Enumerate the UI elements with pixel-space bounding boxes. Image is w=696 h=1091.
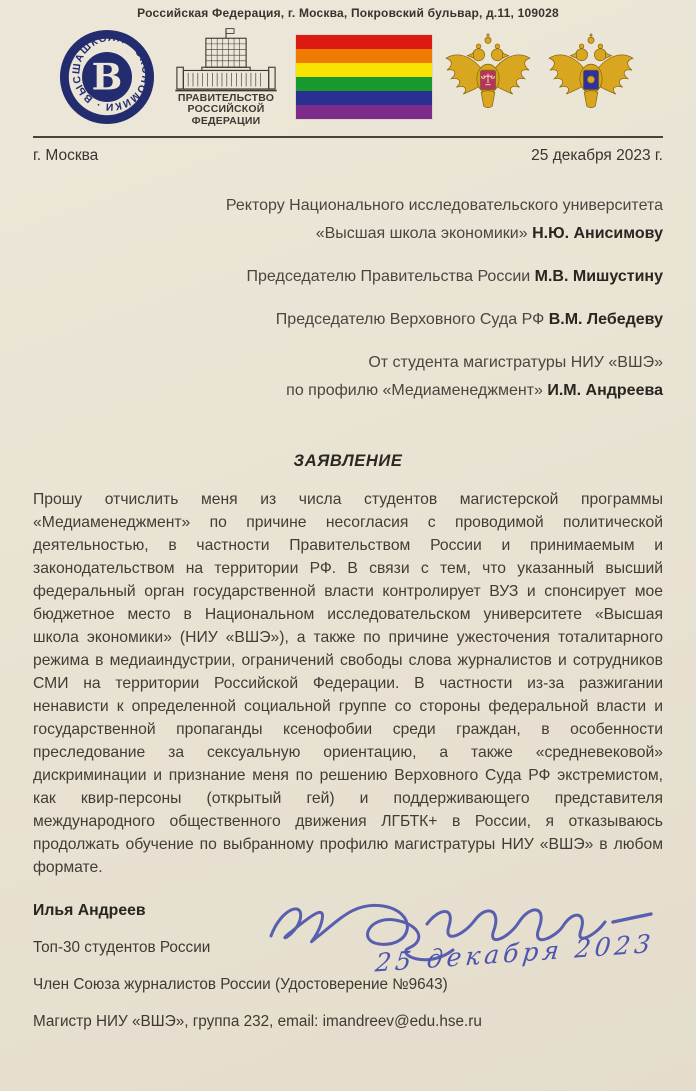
rainbow-flag-icon xyxy=(296,35,432,119)
recipient-name: М.В. Мишустину xyxy=(535,268,663,285)
recipient-line: Председателю Правительства России М.В. М… xyxy=(33,263,663,291)
signature-block: Илья Андреев Топ-30 студентов России Чле… xyxy=(33,900,663,1033)
statement-title: ЗАЯВЛЕНИЕ xyxy=(33,452,663,471)
recipient-line: «Высшая школа экономики» Н.Ю. Анисимову xyxy=(33,220,663,248)
supreme-court-eagle-icon xyxy=(441,31,535,123)
recipient-line: по профилю «Медиаменеджмент» И.М. Андрее… xyxy=(33,377,663,405)
signer-credential-line: Магистр НИУ «ВШЭ», группа 232, email: im… xyxy=(33,1011,663,1033)
date-label: 25 декабря 2023 г. xyxy=(531,145,663,167)
signer-credential-line: Член Союза журналистов России (Удостовер… xyxy=(33,974,663,996)
government-emblem: ПРАВИТЕЛЬСТВО РОССИЙСКОЙ ФЕДЕРАЦИИ xyxy=(165,27,287,128)
signer-name: Илья Андреев xyxy=(33,900,663,922)
signer-credential-line: Топ-30 студентов России xyxy=(33,937,663,959)
flag-stripe-orange xyxy=(296,49,432,63)
flag-stripe-yellow xyxy=(296,63,432,77)
flag-stripe-red xyxy=(296,35,432,49)
recipient-line: От студента магистратуры НИУ «ВШЭ» xyxy=(33,349,663,377)
recipient-text: по профилю «Медиаменеджмент» xyxy=(286,382,547,399)
letterhead-address: Российская Федерация, г. Москва, Покровс… xyxy=(33,6,663,21)
recipient-text: Председателю Правительства России xyxy=(247,268,535,285)
flag-stripe-purple xyxy=(296,105,432,119)
recipient-text: «Высшая школа экономики» xyxy=(316,225,532,242)
recipient-text: Ректору Национального исследовательского… xyxy=(226,197,663,214)
hse-center-glyph: В xyxy=(92,56,123,99)
hse-logo-icon: ШКОЛА · ЭКОНОМИКИ · ВЫСШАЯ · В xyxy=(58,28,156,126)
dateline: г. Москва 25 декабря 2023 г. xyxy=(33,145,663,167)
government-label-line3: ФЕДЕРАЦИИ xyxy=(192,116,261,128)
recipient-name: В.М. Лебедеву xyxy=(549,311,663,328)
recipient-text: Председателю Верховного Суда РФ xyxy=(276,311,549,328)
recipient-name: И.М. Андреева xyxy=(547,382,663,399)
recipient-text: От студента магистратуры НИУ «ВШЭ» xyxy=(368,354,663,371)
recipient-name: Н.Ю. Анисимову xyxy=(532,225,663,242)
city-label: г. Москва xyxy=(33,145,98,167)
letterhead-logos-row: ШКОЛА · ЭКОНОМИКИ · ВЫСШАЯ · В xyxy=(33,26,663,128)
flag-stripe-blue xyxy=(296,91,432,105)
letterhead-divider xyxy=(33,136,663,138)
ministry-eagle-icon xyxy=(544,31,638,123)
government-building-icon xyxy=(165,27,287,93)
recipient-line: Ректору Национального исследовательского… xyxy=(33,192,663,220)
recipient-line: Председателю Верховного Суда РФ В.М. Леб… xyxy=(33,306,663,334)
document-page: Российская Федерация, г. Москва, Покровс… xyxy=(0,0,696,1091)
recipients-block: Ректору Национального исследовательского… xyxy=(33,192,663,405)
statement-body: Прошу отчислить меня из числа студентов … xyxy=(33,488,663,879)
flag-stripe-green xyxy=(296,77,432,91)
